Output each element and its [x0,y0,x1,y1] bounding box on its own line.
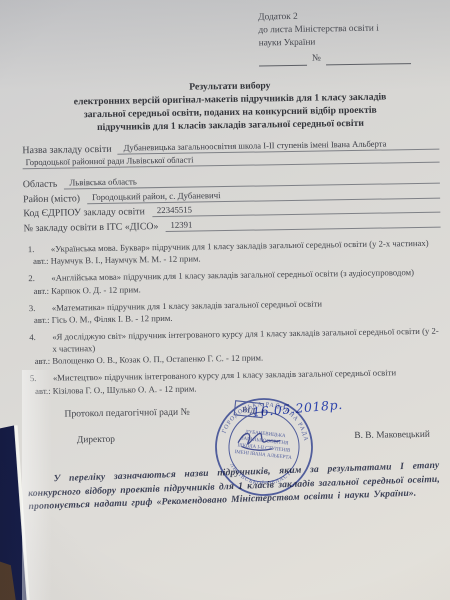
item-number: 2. [24,273,51,285]
itc-diso-value: 12391 [165,215,440,231]
list-item: 3. «Математика» підручник для 1 класу за… [25,296,442,327]
blank-line [326,53,411,65]
annex-number-line: № [259,51,411,66]
registry-fields: Область Львівська область Район (місто) … [23,172,441,234]
list-item: 2. «Англійська мова» підручник для 1 кла… [24,267,441,298]
item-number: 3. [25,302,52,314]
school-name-field: Назва закладу освіти Дубаневицька загаль… [22,138,439,170]
item-number: 1. [24,243,51,255]
itc-diso-label: № закладу освіти в ІТС «ДІСО» [23,221,158,234]
school-name-label: Назва закладу освіти [22,144,111,156]
stamp-box-text: ВІД [242,405,257,415]
number-symbol: № [312,53,321,66]
edrpou-label: Код ЄДРПОУ закладу освіти [23,206,145,219]
blank-line [259,55,307,67]
list-item: 1. «Українська мова. Буквар» підручник д… [24,237,441,268]
item-number: 4. [25,332,52,355]
director-name: В. В. Маковецький [354,430,430,441]
document-photo: Додаток 2 до листа Міністерства освіти і… [0,0,450,600]
list-item: 4. «Я досліджую світ» підручник інтегров… [25,326,443,368]
edrpou-value: 22345515 [152,201,441,218]
annex-note: Додаток 2 до листа Міністерства освіти і… [258,9,438,67]
item-number: 5. [26,373,53,385]
document-title: Результати вибору електронних версій ори… [21,77,439,136]
annex-line-3: науки України [259,35,438,51]
director-label: Директор [77,435,115,446]
district-label: Район (місто) [23,193,80,205]
textbook-list: 1. «Українська мова. Буквар» підручник д… [24,237,443,397]
region-label: Область [23,179,58,191]
school-stamp-icon: ГОРОДОЦЬКА РАЙОННА РАДА ЛЬВІВСЬКОЇ ОБЛАС… [207,390,321,504]
